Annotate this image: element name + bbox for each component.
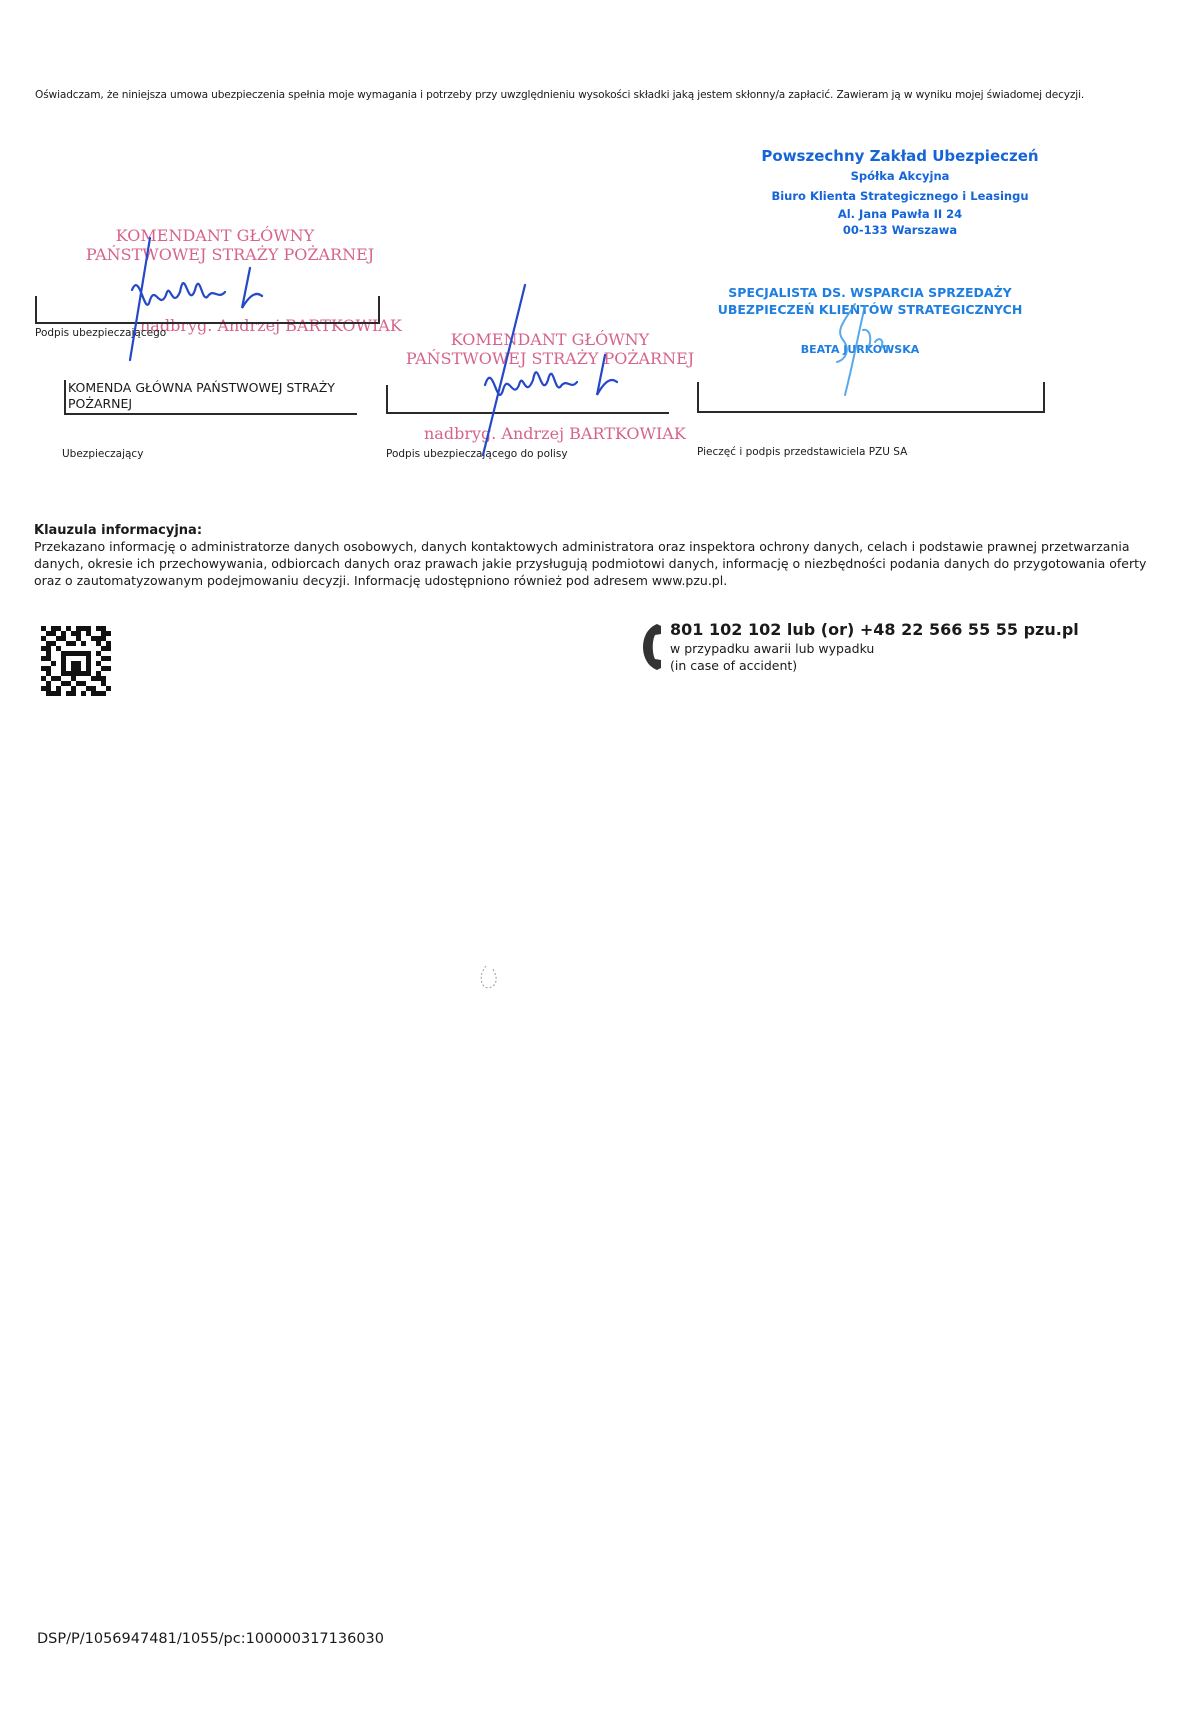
insured-name: KOMENDA GŁÓWNA PAŃSTWOWEJ STRAŻY POŻARNE… (68, 380, 335, 412)
stamp-position-line2: UBEZPIECZEŃ KLIENTÓW STRATEGICZNYCH (700, 302, 1040, 317)
contact-line-1: w przypadku awarii lub wypadku (670, 640, 874, 657)
stamp-company-type: Spółka Akcyjna (730, 169, 1070, 183)
insured-signature-label: Podpis ubezpieczającego (35, 327, 166, 339)
red-stamp-2: KOMENDANT GŁÓWNY PAŃSTWOWEJ STRAŻY POŻAR… (400, 330, 700, 368)
red-stamp-line2: PAŃSTWOWEJ STRAŻY POŻARNEJ (80, 245, 380, 264)
pzu-signature-label: Pieczęć i podpis przedstawiciela PZU SA (697, 446, 907, 458)
insured-name-line-2: POŻARNEJ (68, 396, 335, 412)
pzu-specialist-stamp: SPECJALISTA DS. WSPARCIA SPRZEDAŻY UBEZP… (700, 285, 1040, 356)
contact-phone: 801 102 102 lub (or) +48 22 566 55 55 pz… (670, 620, 1079, 639)
clause-title: Klauzula informacyjna: (34, 523, 202, 538)
insured-signature-box (35, 296, 380, 324)
pzu-signature-box (697, 382, 1045, 413)
red-stamp-line1: KOMENDANT GŁÓWNY (50, 226, 380, 245)
red-stamp-2-line1: KOMENDANT GŁÓWNY (400, 330, 700, 349)
scan-artifact (478, 963, 502, 993)
stamp-address: Al. Jana Pawła II 24 (730, 207, 1070, 221)
qr-code (41, 626, 111, 696)
stamp-specialist-name: BEATA JURKOWSKA (680, 343, 1040, 356)
pzu-company-stamp: Powszechny Zakład Ubezpieczeń Spółka Akc… (730, 147, 1070, 237)
red-stamp-2-line2: PAŃSTWOWEJ STRAŻY POŻARNEJ (400, 349, 700, 368)
red-stamp-2-name: nadbryg. Andrzej BARTKOWIAK (424, 424, 686, 443)
contact-line-2: (in case of accident) (670, 657, 797, 674)
declaration-text: Oświadczam, że niniejsza umowa ubezpiecz… (35, 89, 1084, 101)
insured-label: Ubezpieczający (62, 448, 143, 460)
stamp-company-name: Powszechny Zakład Ubezpieczeń (730, 147, 1070, 165)
phone-icon (641, 622, 663, 672)
stamp-city: 00-133 Warszawa (730, 223, 1070, 237)
insured-name-line-1: KOMENDA GŁÓWNA PAŃSTWOWEJ STRAŻY (68, 380, 335, 396)
clause-body: Przekazano informację o administratorze … (34, 538, 1164, 589)
red-stamp-1: KOMENDANT GŁÓWNY PAŃSTWOWEJ STRAŻY POŻAR… (80, 226, 380, 264)
document-reference-code: DSP/P/1056947481/1055/pc:100000317136030 (37, 1631, 384, 1647)
policy-signature-label: Podpis ubezpieczającego do polisy (386, 448, 568, 460)
stamp-position-line1: SPECJALISTA DS. WSPARCIA SPRZEDAŻY (700, 285, 1040, 300)
policy-signature-box (386, 385, 669, 414)
stamp-department: Biuro Klienta Strategicznego i Leasingu (730, 189, 1070, 203)
